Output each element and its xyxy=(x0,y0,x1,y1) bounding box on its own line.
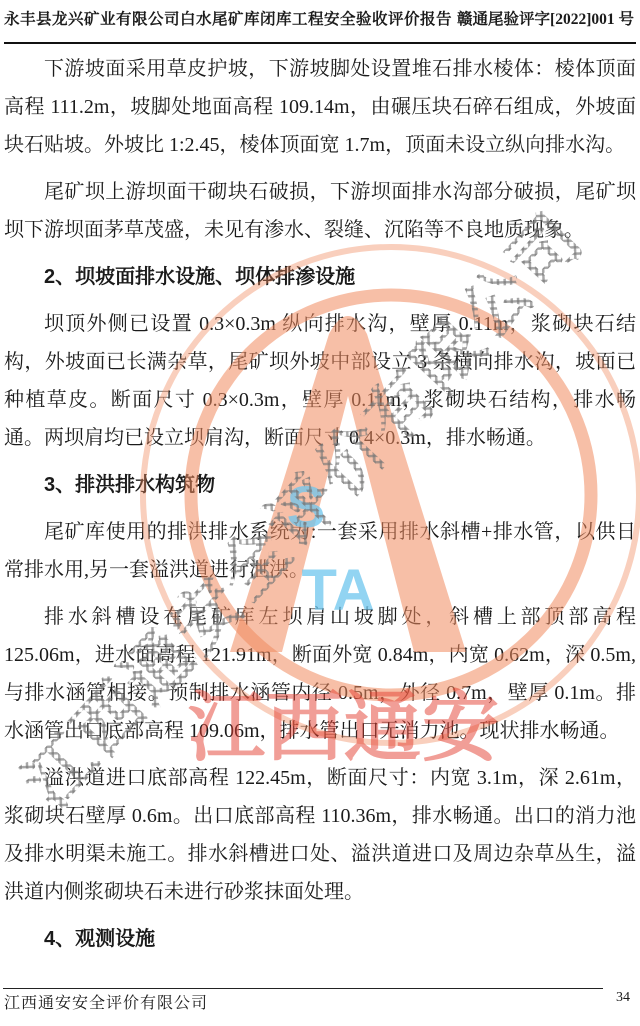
section-heading-3: 3、排洪排水构筑物 xyxy=(4,466,636,504)
document-page: 永丰县龙兴矿业有限公司白水尾矿库闭库工程安全验收评价报告 赣通尾验评字[2022… xyxy=(0,0,640,1026)
section-heading-2: 2、坝坡面排水设施、坝体排渗设施 xyxy=(4,258,636,296)
paragraph-flood-system: 尾矿库使用的排洪排水系统为:一套采用排水斜槽+排水管，以供日常排水用,另一套溢洪… xyxy=(4,513,636,589)
paragraph-chute-culvert: 排水斜槽设在尾矿库左坝肩山坡脚处，斜槽上部顶部高程 125.06m，进水面高程 … xyxy=(4,598,636,750)
paragraph-dam-face-condition: 尾矿坝上游坝面干砌块石破损，下游坝面排水沟部分破损，尾矿坝坝下游坝面茅草茂盛，未… xyxy=(4,173,636,249)
page-header: 永丰县龙兴矿业有限公司白水尾矿库闭库工程安全验收评价报告 赣通尾验评字[2022… xyxy=(0,0,640,44)
header-divider xyxy=(4,42,636,44)
section-heading-4: 4、观测设施 xyxy=(4,920,636,958)
footer-row: 江西通安安全评价有限公司 34 xyxy=(0,989,640,1013)
document-number: 赣通尾验评字[2022]001 号 xyxy=(457,7,636,29)
paragraph-drainage-ditches: 坝顶外侧已设置 0.3×0.3m 纵向排水沟，壁厚 0.11m，浆砌块石结构，外… xyxy=(4,305,636,457)
paragraph-downstream-slope: 下游坡面采用草皮护坡，下游坡脚处设置堆石排水棱体：棱体顶面高程 111.2m，坡… xyxy=(4,50,636,164)
paragraph-spillway: 溢洪道进口底部高程 122.45m，断面尺寸：内宽 3.1m，深 2.61m，浆… xyxy=(4,759,636,911)
header-row: 永丰县龙兴矿业有限公司白水尾矿库闭库工程安全验收评价报告 赣通尾验评字[2022… xyxy=(4,7,636,29)
report-title: 永丰县龙兴矿业有限公司白水尾矿库闭库工程安全验收评价报告 xyxy=(4,7,452,29)
page-footer: 江西通安安全评价有限公司 34 xyxy=(0,988,640,1013)
document-body: 下游坡面采用草皮护坡，下游坡脚处设置堆石排水棱体：棱体顶面高程 111.2m，坡… xyxy=(4,50,636,967)
footer-company-name: 江西通安安全评价有限公司 xyxy=(4,990,208,1013)
page-number: 34 xyxy=(616,990,634,1006)
